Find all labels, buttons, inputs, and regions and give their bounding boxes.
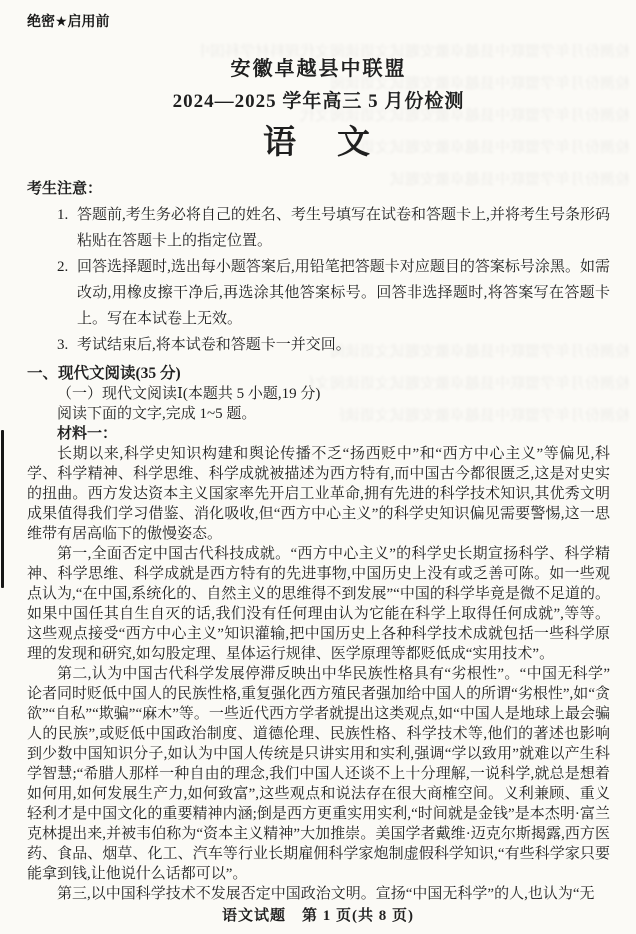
notice-item-number: 2. [57,254,77,332]
exam-paper-page: 检测份月年学盟联中县越卓徽安题试文语读阅文代现料材学科国中点观题答案选择 检测份… [0,0,636,934]
notice-item-number: 1. [57,202,77,254]
exam-session-subtitle: 2024—2025 学年高三 5 月份检测 [27,86,610,113]
material-paragraph: 第二,认为中国古代科学发展停滞反映出中华民族性格具有“劣根性”。“中国无科学”论… [27,664,610,884]
modern-reading-section: 一、现代文阅读(35 分) （一）现代文阅读Ⅰ(本题共 5 小题,19 分) 阅… [27,364,610,904]
notice-item-number: 3. [57,332,77,358]
material-paragraph: 第一,全面否定中国古代科技成就。“西方中心主义”的科学史长期宣扬科学、科学精神、… [27,544,610,664]
notice-item: 3. 考试结束后,将本试卷和答题卡一并交回。 [57,332,610,358]
exam-subject-title: 语 文 [27,123,610,163]
material-paragraph: 第三,以中国科学技术不发展否定中国政治文明。宣扬“中国无科学”的人,也认为“无 [27,884,610,904]
notice-item-text: 回答选择题时,选出每小题答案后,用铅笔把答题卡对应题目的答案标号涂黑。如需改动,… [77,254,610,332]
notice-list: 1. 答题前,考生务必将自己的姓名、考生号填写在试卷和答题卡上,并将考生号条形码… [57,202,610,358]
scan-edge-artifact [1,430,4,588]
notice-item-text: 考试结束后,将本试卷和答题卡一并交回。 [77,332,610,358]
subsection-heading: （一）现代文阅读Ⅰ(本题共 5 小题,19 分) [57,384,610,404]
reading-instruction: 阅读下面的文字,完成 1~5 题。 [57,404,610,424]
material-one-label: 材料一： [57,424,610,444]
exam-organizer-title: 安徽卓越县中联盟 [27,52,610,81]
classification-label: 绝密★启用前 [27,12,610,30]
notice-item: 1. 答题前,考生务必将自己的姓名、考生号填写在试卷和答题卡上,并将考生号条形码… [57,202,610,254]
material-paragraphs: 长期以来,科学史知识构建和舆论传播不乏“扬西贬中”和“西方中心主义”等偏见,科学… [27,444,610,904]
notice-item-text: 答题前,考生务必将自己的姓名、考生号填写在试卷和答题卡上,并将考生号条形码粘贴在… [77,202,610,254]
material-paragraph: 长期以来,科学史知识构建和舆论传播不乏“扬西贬中”和“西方中心主义”等偏见,科学… [27,444,610,544]
section-heading: 一、现代文阅读(35 分) [27,364,610,384]
notice-item: 2. 回答选择题时,选出每小题答案后,用铅笔把答题卡对应题目的答案标号涂黑。如需… [57,254,610,332]
page-footer: 语文试题 第 1 页(共 8 页) [0,904,636,925]
candidate-notice: 考生注意： 1. 答题前,考生务必将自己的姓名、考生号填写在试卷和答题卡上,并将… [27,176,610,358]
notice-title: 考生注意： [27,176,610,202]
